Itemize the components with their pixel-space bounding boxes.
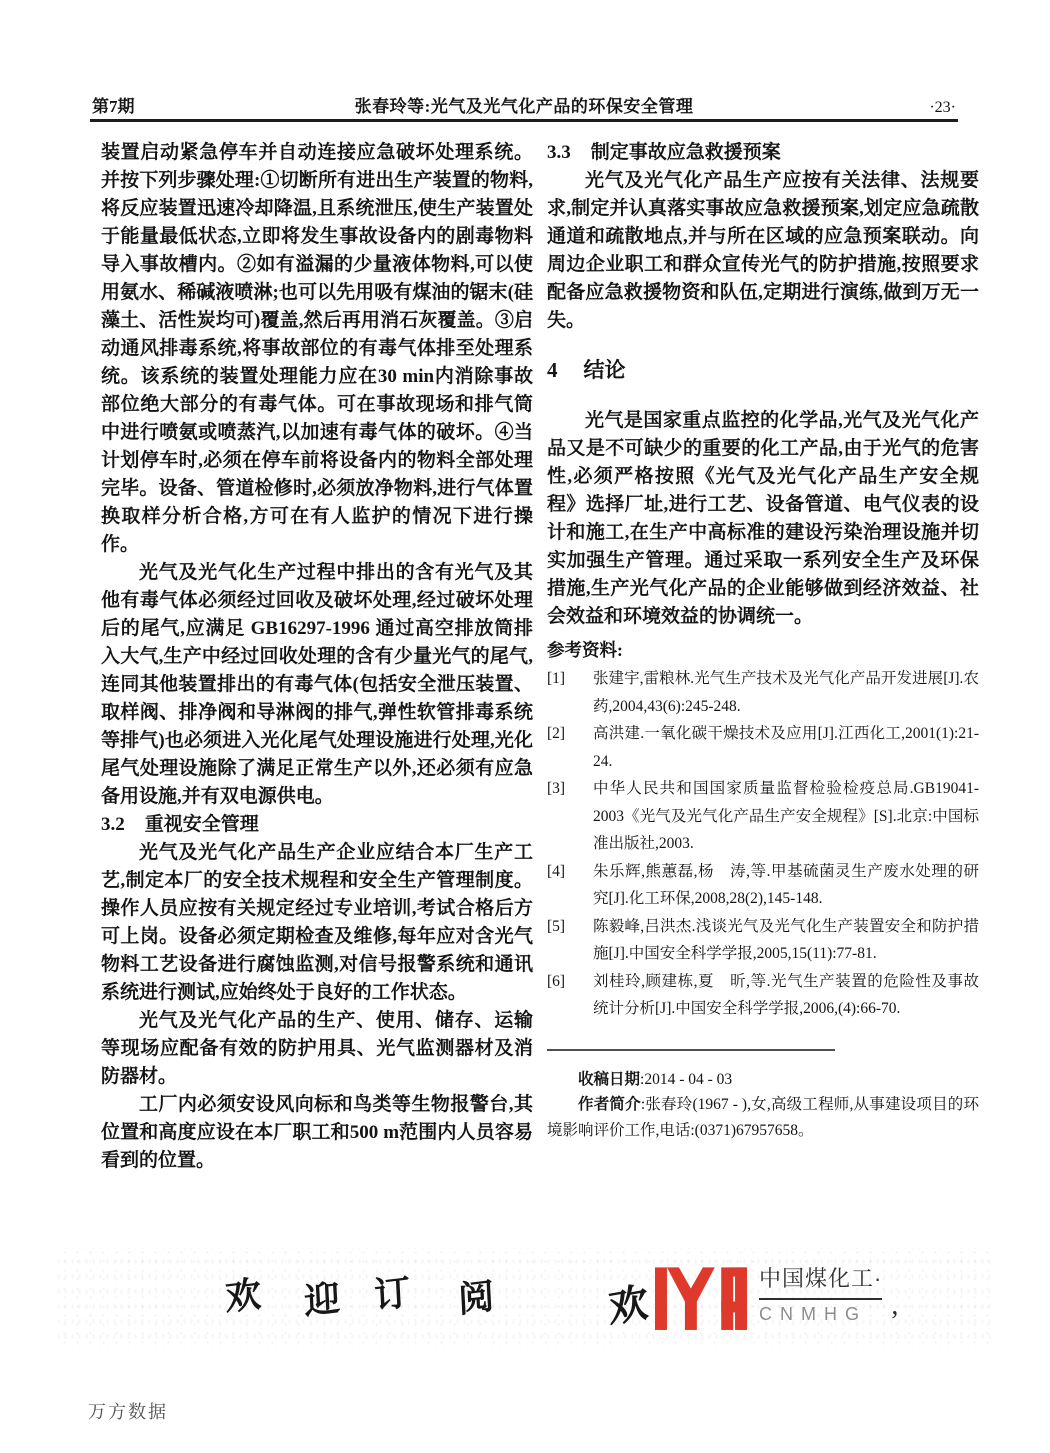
- logo-brand-label: 中国煤化工: [759, 1266, 874, 1291]
- reference-item: [1] 张建宇,雷粮林.光气生产技术及光气化产品开发进展[J].农药,2004,…: [547, 665, 979, 720]
- body-paragraph-conclusion: 光气是国家重点监控的化学品,光气及光气化产品又是不可缺少的重要的化工产品,由于光…: [547, 407, 979, 631]
- reference-number: [5]: [547, 913, 593, 968]
- reference-text: 刘桂玲,顾建栋,夏 昕,等.光气生产装置的危险性及事故统计分析[J].中国安全科…: [593, 968, 979, 1023]
- logo-sub-label: CNMHG: [759, 1304, 882, 1325]
- reference-item: [3] 中华人民共和国国家质量监督检验检疫总局.GB19041-2003《光气及…: [547, 775, 979, 858]
- calligraphy-char: 阅: [457, 1268, 495, 1323]
- left-column: 装置启动紧急停车并自动连接应急破坏处理系统。并按下列步骤处理:①切断所有进出生产…: [101, 139, 533, 1175]
- reference-text: 高洪建.一氧化碳干燥技术及应用[J].江西化工,2001(1):21-24.: [593, 720, 979, 775]
- running-title: 张春玲等:光气及光气化产品的环保安全管理: [242, 92, 806, 117]
- received-date-label: 收稿日期: [578, 1071, 640, 1088]
- section-title: 制定事故应急救援预案: [591, 139, 781, 167]
- references-list: [1] 张建宇,雷粮林.光气生产技术及光气化产品开发进展[J].农药,2004,…: [547, 665, 979, 1023]
- journal-page: 第7期 张春玲等:光气及光气化产品的环保安全管理 ·23· 装置启动紧急停车并自…: [0, 0, 1050, 1453]
- cnmhg-logo-text: 中国煤化工· CNMHG ,: [759, 1260, 882, 1325]
- author-bio-label: 作者简介: [578, 1096, 641, 1113]
- reference-text: 中华人民共和国国家质量监督检验检疫总局.GB19041-2003《光气及光气化产…: [593, 775, 979, 858]
- received-date: 收稿日期:2014 - 04 - 03: [547, 1067, 979, 1093]
- reference-text: 朱乐辉,熊蕙磊,杨 涛,等.甲基硫菌灵生产废水处理的研究[J].化工环保,200…: [593, 858, 979, 913]
- logo-comma-mark: ,: [891, 1290, 898, 1322]
- calligraphy-char: 欢: [606, 1270, 649, 1334]
- section-heading-4: 4 结论: [547, 355, 979, 385]
- section-number: 3.2: [101, 811, 125, 839]
- section-title: 重视安全管理: [145, 811, 259, 839]
- page-number: ·23·: [806, 99, 956, 117]
- body-paragraph: 工厂内必须安设风向标和鸟类等生物报警台,其位置和高度应设在本厂职工和500 m范…: [101, 1091, 533, 1175]
- cnmhg-logo-icon: [655, 1260, 747, 1330]
- journal-issue: 第7期: [92, 92, 242, 117]
- references-heading: 参考资料:: [547, 635, 979, 665]
- calligraphy-char: 订: [373, 1264, 411, 1319]
- reference-text: 陈毅峰,吕洪杰.浅谈光气及光气化生产装置安全和防护措施[J].中国安全科学学报,…: [593, 913, 979, 968]
- reference-item: [4] 朱乐辉,熊蕙磊,杨 涛,等.甲基硫菌灵生产废水处理的研究[J].化工环保…: [547, 858, 979, 913]
- body-paragraph-continuation: 装置启动紧急停车并自动连接应急破坏处理系统。并按下列步骤处理:①切断所有进出生产…: [101, 139, 533, 559]
- body-paragraph: 光气及光气化产品生产应按有关法律、法规要求,制定并认真落实事故应急救援预案,划定…: [547, 167, 979, 335]
- reference-text: 张建宇,雷粮林.光气生产技术及光气化产品开发进展[J].农药,2004,43(6…: [593, 665, 979, 720]
- reference-number: [1]: [547, 665, 593, 720]
- cnmhg-logo: 中国煤化工· CNMHG ,: [655, 1260, 882, 1330]
- reference-item: [2] 高洪建.一氧化碳干燥技术及应用[J].江西化工,2001(1):21-2…: [547, 720, 979, 775]
- received-date-value: :2014 - 04 - 03: [640, 1071, 732, 1088]
- running-header: 第7期 张春玲等:光气及光气化产品的环保安全管理 ·23·: [92, 92, 956, 117]
- wanfang-watermark: 万方数据: [88, 1398, 168, 1424]
- section-heading-3-3: 3.3 制定事故应急救援预案: [547, 139, 979, 167]
- note-divider: [547, 1049, 835, 1051]
- logo-dot: ·: [874, 1266, 882, 1291]
- subscription-banner: 欢 迎 订 阅 欢 中国煤化工· CNMHG ,: [58, 1248, 992, 1350]
- section-number: 3.3: [547, 139, 571, 167]
- reference-item: [6] 刘桂玲,顾建栋,夏 昕,等.光气生产装置的危险性及事故统计分析[J].中…: [547, 968, 979, 1023]
- calligraphy-char: 欢: [224, 1266, 262, 1321]
- section-title: 结论: [584, 355, 626, 385]
- footnotes: 收稿日期:2014 - 04 - 03 作者简介:张春玲(1967 - ),女,…: [547, 1067, 979, 1144]
- reference-number: [3]: [547, 775, 593, 858]
- body-paragraph: 光气及光气化产品的生产、使用、储存、运输等现场应配备有效的防护用具、光气监测器材…: [101, 1007, 533, 1091]
- body-paragraph: 光气及光气化产品生产企业应结合本厂生产工艺,制定本厂的安全技术规程和安全生产管理…: [101, 839, 533, 1007]
- logo-brand-name: 中国煤化工·: [759, 1262, 882, 1300]
- calligraphy-char: 迎: [303, 1270, 341, 1325]
- author-bio: 作者简介:张春玲(1967 - ),女,高级工程师,从事建设项目的环境影响评价工…: [547, 1092, 979, 1143]
- right-column: 3.3 制定事故应急救援预案 光气及光气化产品生产应按有关法律、法规要求,制定并…: [547, 139, 979, 1143]
- reference-number: [4]: [547, 858, 593, 913]
- section-heading-3-2: 3.2 重视安全管理: [101, 811, 533, 839]
- reference-number: [2]: [547, 720, 593, 775]
- section-number: 4: [547, 355, 558, 385]
- reference-item: [5] 陈毅峰,吕洪杰.浅谈光气及光气化生产装置安全和防护措施[J].中国安全科…: [547, 913, 979, 968]
- body-paragraph-tailgas: 光气及光气化生产过程中排出的含有光气及其他有毒气体必须经过回收及破坏处理,经过破…: [101, 559, 533, 811]
- reference-number: [6]: [547, 968, 593, 1023]
- header-rule: [90, 119, 958, 122]
